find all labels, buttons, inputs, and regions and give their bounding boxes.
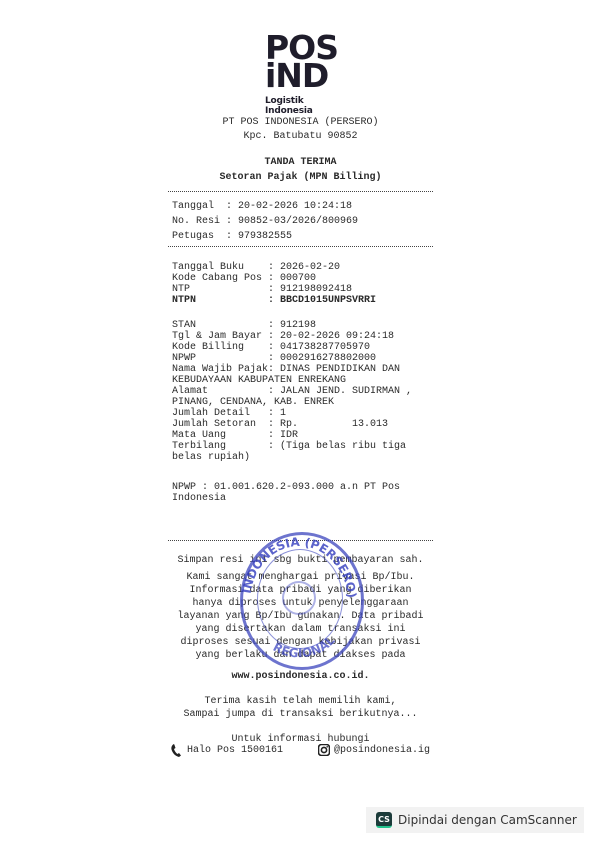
footer-line: Kami sangat menghargai privasi Bp/Ibu. bbox=[168, 571, 433, 584]
thanks-line-1: Terima kasih telah memilih kami, bbox=[168, 695, 433, 708]
thanks-line-2: Sampai jumpa di transaksi berikutnya... bbox=[168, 708, 433, 721]
instagram-contact: @posindonesia.ig bbox=[318, 744, 430, 756]
receipt-subtitle: Setoran Pajak (MPN Billing) bbox=[168, 172, 433, 184]
footer-line: Simpan resi ini sbg bukti pembayaran sah… bbox=[168, 554, 433, 567]
wajib-pajak-line-1: Nama Wajib Pajak: DINAS PENDIDIKAN DAN bbox=[172, 364, 412, 375]
divider bbox=[168, 246, 433, 247]
camscanner-watermark: CS Dipindai dengan CamScanner bbox=[366, 807, 584, 833]
terbilang-line-2: belas rupiah) bbox=[172, 452, 412, 463]
npwp-pos: NPWP : 01.001.620.2-093.000 a.n PT Pos I… bbox=[172, 482, 400, 504]
privacy-notice: Simpan resi ini sbg bukti pembayaran sah… bbox=[168, 554, 433, 746]
receipt-title: TANDA TERIMA bbox=[168, 157, 433, 169]
no-resi-row: No. Resi : 90852-03/2026/800969 bbox=[172, 214, 358, 229]
ntp-row: NTP : 912198092418 bbox=[172, 284, 376, 295]
camscanner-icon: CS bbox=[376, 812, 392, 828]
payment-details-1: Tanggal Buku : 2026-02-20 Kode Cabang Po… bbox=[172, 262, 376, 306]
phone-contact: Halo Pos 1500161 bbox=[171, 744, 283, 757]
jumlah-detail-row: Jumlah Detail : 1 bbox=[172, 408, 412, 419]
payment-details-2: STAN : 912198 Tgl & Jam Bayar : 20-02-20… bbox=[172, 320, 412, 463]
website-link[interactable]: www.posindonesia.co.id. bbox=[168, 670, 433, 683]
tgl-jam-bayar-row: Tgl & Jam Bayar : 20-02-2026 09:24:18 bbox=[172, 331, 412, 342]
footer-line: yang disertakan dalam transaksi ini bbox=[168, 623, 433, 636]
footer-line: Informasi data pribadi yang diberikan bbox=[168, 584, 433, 597]
phone-number: Halo Pos 1500161 bbox=[187, 745, 283, 756]
tanggal-row: Tanggal : 20-02-2026 10:24:18 bbox=[172, 199, 358, 214]
camscanner-label: Dipindai dengan CamScanner bbox=[398, 813, 577, 827]
jumlah-setoran-row: Jumlah Setoran : Rp. 13.013 bbox=[172, 419, 412, 430]
divider bbox=[168, 191, 433, 192]
wajib-pajak-line-2: KEBUDAYAAN KABUPATEN ENREKANG bbox=[172, 375, 412, 386]
alamat-line-2: PINANG, CENDANA, KAB. ENREK bbox=[172, 397, 412, 408]
ntpn-row: NTPN : BBCD1015UNPSVRRI bbox=[172, 295, 376, 306]
npwp-pos-line-2: Indonesia bbox=[172, 493, 400, 504]
footer-line: yang berlaku dan dapat diakses pada bbox=[168, 649, 433, 662]
kode-cabang-row: Kode Cabang Pos : 000700 bbox=[172, 273, 376, 284]
divider bbox=[168, 540, 433, 541]
instagram-icon bbox=[318, 744, 330, 756]
footer-line: diproses sesuai dengan kebijakan privasi bbox=[168, 636, 433, 649]
footer-line: hanya diproses untuk penyelenggaraan bbox=[168, 597, 433, 610]
instagram-handle: @posindonesia.ig bbox=[334, 745, 430, 756]
tanggal-buku-row: Tanggal Buku : 2026-02-20 bbox=[172, 262, 376, 273]
npwp-row: NPWP : 0002916278802000 bbox=[172, 353, 412, 364]
alamat-line-1: Alamat : JALAN JEND. SUDIRMAN , bbox=[172, 386, 412, 397]
kode-billing-row: Kode Billing : 041738287705970 bbox=[172, 342, 412, 353]
transaction-info: Tanggal : 20-02-2026 10:24:18 No. Resi :… bbox=[172, 199, 358, 244]
pos-indonesia-logo: POS iND Logistik Indonesia bbox=[265, 34, 349, 116]
phone-icon bbox=[171, 744, 183, 757]
mata-uang-row: Mata Uang : IDR bbox=[172, 430, 412, 441]
footer-line: layanan yang Bp/Ibu gunakan. Data pribad… bbox=[168, 610, 433, 623]
terbilang-line-1: Terbilang : (Tiga belas ribu tiga bbox=[172, 441, 412, 452]
logo-tagline: Logistik Indonesia bbox=[265, 96, 349, 116]
branch-name: Kpc. Batubatu 90852 bbox=[168, 131, 433, 143]
stan-row: STAN : 912198 bbox=[172, 320, 412, 331]
petugas-row: Petugas : 979382555 bbox=[172, 229, 358, 244]
npwp-pos-line-1: NPWP : 01.001.620.2-093.000 a.n PT Pos bbox=[172, 482, 400, 493]
company-name: PT POS INDONESIA (PERSERO) bbox=[168, 117, 433, 129]
